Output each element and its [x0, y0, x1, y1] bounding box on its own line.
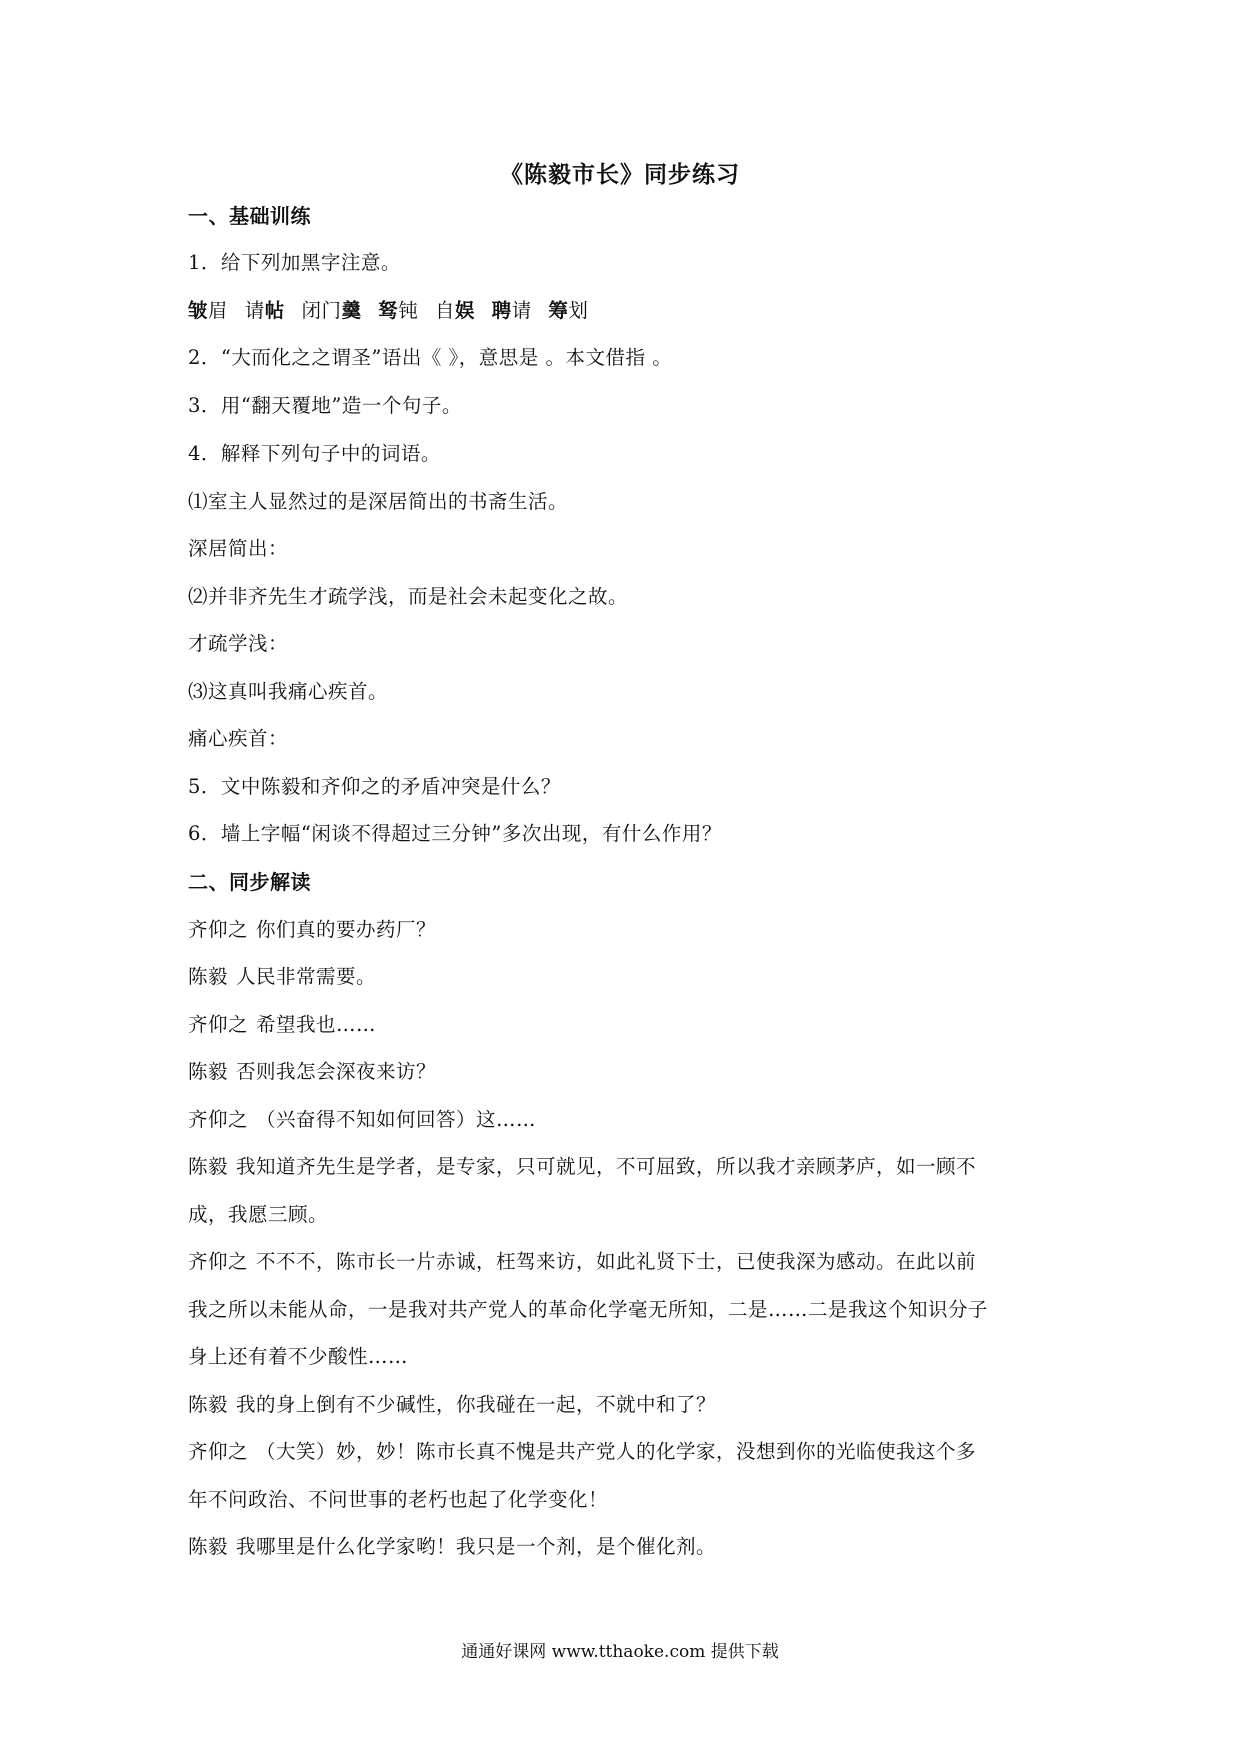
dialog-line: 齐仰之不不不，陈市长一片赤诚，枉驾来访，如此礼贤下士，已使我深为感动。在此以前	[188, 1248, 976, 1276]
dialog-line: 陈毅我知道齐先生是学者，是专家，只可就见，不可屈致，所以我才亲顾茅庐，如一顾不	[188, 1153, 976, 1181]
dialog-line: 陈毅否则我怎会深夜来访？	[188, 1058, 436, 1086]
word-4: 驽钝	[378, 299, 418, 322]
footer-download-note: 通通好课网 www.tthaoke.com 提供下载	[0, 1637, 1240, 1662]
speaker: 齐仰之	[188, 1440, 248, 1463]
word-5: 自娱	[435, 299, 475, 322]
question-4: 4．解释下列句子中的词语。	[188, 440, 441, 468]
speaker: 陈毅	[188, 1060, 228, 1083]
word-6: 聘请	[492, 299, 532, 322]
dialog-line-continued: 我之所以未能从命，一是我对共产党人的革命化学毫无所知，二是……二是我这个知识分子	[188, 1296, 988, 1324]
page-title: 《陈毅市长》同步练习	[0, 156, 1240, 189]
question-5: 5．文中陈毅和齐仰之的矛盾冲突是什么？	[188, 773, 561, 801]
speaker: 齐仰之	[188, 1108, 248, 1131]
dialog-line-continued: 身上还有着不少酸性……	[188, 1343, 408, 1371]
question-4-term-1: 深居简出：	[188, 535, 288, 563]
question-3: 3．用“翻天覆地”造一个句子。	[188, 392, 462, 420]
question-6: 6．墙上字幅“闲谈不得超过三分钟”多次出现，有什么作用？	[188, 820, 722, 848]
question-2: 2．“大而化之之谓圣”语出《 》，意思是 。本文借指 。	[188, 344, 672, 372]
speaker: 齐仰之	[188, 918, 248, 941]
question-1: 1．给下列加黑字注意。	[188, 249, 401, 277]
dialog-line-continued: 年不问政治、不问世事的老朽也起了化学变化！	[188, 1486, 608, 1514]
speaker: 陈毅	[188, 1155, 228, 1178]
word-2: 请帖	[245, 299, 285, 322]
dialog-line-continued: 成，我愿三顾。	[188, 1201, 328, 1229]
question-4-term-3: 痛心疾首：	[188, 725, 288, 753]
dialog-line: 齐仰之（兴奋得不知如何回答）这……	[188, 1106, 536, 1134]
speaker: 陈毅	[188, 1535, 228, 1558]
dialog-line: 陈毅我的身上倒有不少碱性，你我碰在一起，不就中和了？	[188, 1391, 716, 1419]
bold-words-row: 皱眉 请帖 闭门羹 驽钝 自娱 聘请 筹划	[188, 297, 588, 325]
dialog-line: 齐仰之（大笑）妙，妙！陈市长真不愧是共产党人的化学家，没想到你的光临使我这个多	[188, 1438, 976, 1466]
question-4-term-2: 才疏学浅：	[188, 630, 288, 658]
dialog-line: 陈毅人民非常需要。	[188, 963, 376, 991]
speaker: 陈毅	[188, 965, 228, 988]
question-4-sentence-1: ⑴室主人显然过的是深居简出的书斋生活。	[188, 488, 568, 516]
word-3: 闭门羹	[301, 299, 361, 322]
question-4-sentence-2: ⑵并非齐先生才疏学浅，而是社会未起变化之故。	[188, 583, 628, 611]
speaker: 陈毅	[188, 1393, 228, 1416]
speaker: 齐仰之	[188, 1250, 248, 1273]
dialog-line: 陈毅我哪里是什么化学家哟！我只是一个剂，是个催化剂。	[188, 1533, 716, 1561]
question-4-sentence-3: ⑶这真叫我痛心疾首。	[188, 678, 388, 706]
dialog-line: 齐仰之希望我也……	[188, 1011, 376, 1039]
section-heading-sync-reading: 二、同步解读	[188, 868, 311, 896]
speaker: 齐仰之	[188, 1013, 248, 1036]
dialog-line: 齐仰之你们真的要办药厂？	[188, 916, 436, 944]
document-page: 《陈毅市长》同步练习 一、基础训练 1．给下列加黑字注意。 皱眉 请帖 闭门羹 …	[0, 0, 1240, 1754]
section-heading-basic-training: 一、基础训练	[188, 202, 311, 230]
word-1: 皱眉	[188, 299, 228, 322]
word-7: 筹划	[548, 299, 588, 322]
